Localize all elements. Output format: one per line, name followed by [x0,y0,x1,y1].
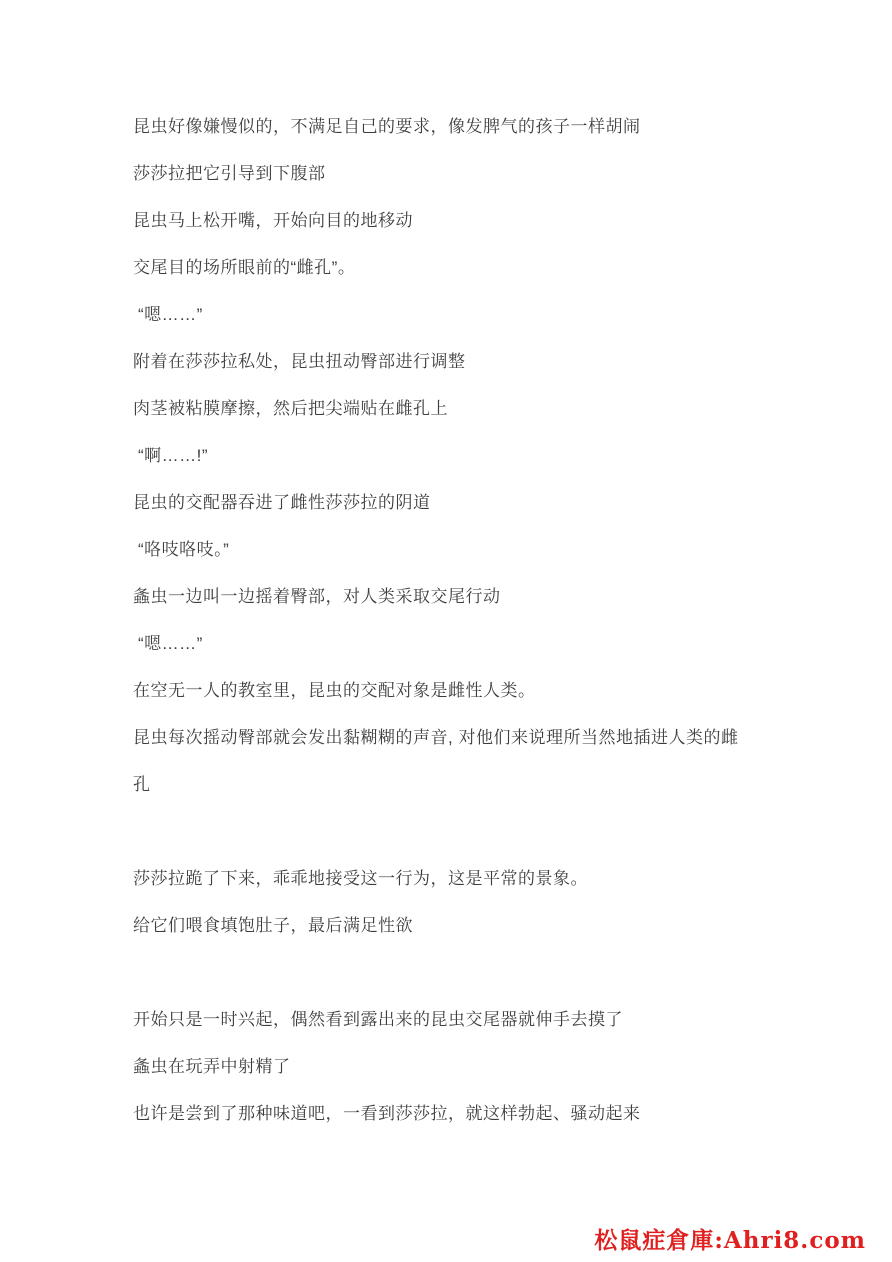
text-line [133,808,793,855]
text-line: 肉茎被粘膜摩擦，然后把尖端贴在雌孔上 [133,385,793,432]
text-line: “嗯……” [133,620,793,667]
text-line: 在空无一人的教室里，昆虫的交配对象是雌性人类。 [133,667,793,714]
text-line: “咯吱咯吱。” [133,526,793,573]
text-line: 昆虫马上松开嘴，开始向目的地移动 [133,197,793,244]
text-line: 附着在莎莎拉私处，昆虫扭动臀部进行调整 [133,338,793,385]
text-line: 昆虫的交配器吞进了雌性莎莎拉的阴道 [133,479,793,526]
text-line: 昆虫好像嫌慢似的，不满足自己的要求，像发脾气的孩子一样胡闹 [133,103,793,150]
watermark-site-label: 松鼠症倉庫:Ahri8.com [594,1222,866,1255]
text-line: 交尾目的场所眼前的“雌孔”。 [133,244,793,291]
text-line: 也许是尝到了那种味道吧，一看到莎莎拉，就这样勃起、骚动起来 [133,1090,793,1137]
text-line: 给它们喂食填饱肚子，最后满足性欲 [133,902,793,949]
text-line: “啊……!” [133,432,793,479]
document-text-block: 昆虫好像嫌慢似的，不满足自己的要求，像发脾气的孩子一样胡闹莎莎拉把它引导到下腹部… [133,103,793,1137]
text-line: 螽虫在玩弄中射精了 [133,1043,793,1090]
text-line: 莎莎拉跪了下来，乖乖地接受这一行为，这是平常的景象。 [133,855,793,902]
text-line: 孔 [133,761,793,808]
text-line: 螽虫一边叫一边摇着臀部，对人类采取交尾行动 [133,573,793,620]
text-line: 莎莎拉把它引导到下腹部 [133,150,793,197]
text-line: 昆虫每次摇动臀部就会发出黏糊糊的声音, 对他们来说理所当然地插进人类的雌 [133,714,793,761]
text-line: 开始只是一时兴起，偶然看到露出来的昆虫交尾器就伸手去摸了 [133,996,793,1043]
text-line: “嗯……” [133,291,793,338]
document-page: 昆虫好像嫌慢似的，不满足自己的要求，像发脾气的孩子一样胡闹莎莎拉把它引导到下腹部… [0,0,892,1262]
text-line [133,949,793,996]
